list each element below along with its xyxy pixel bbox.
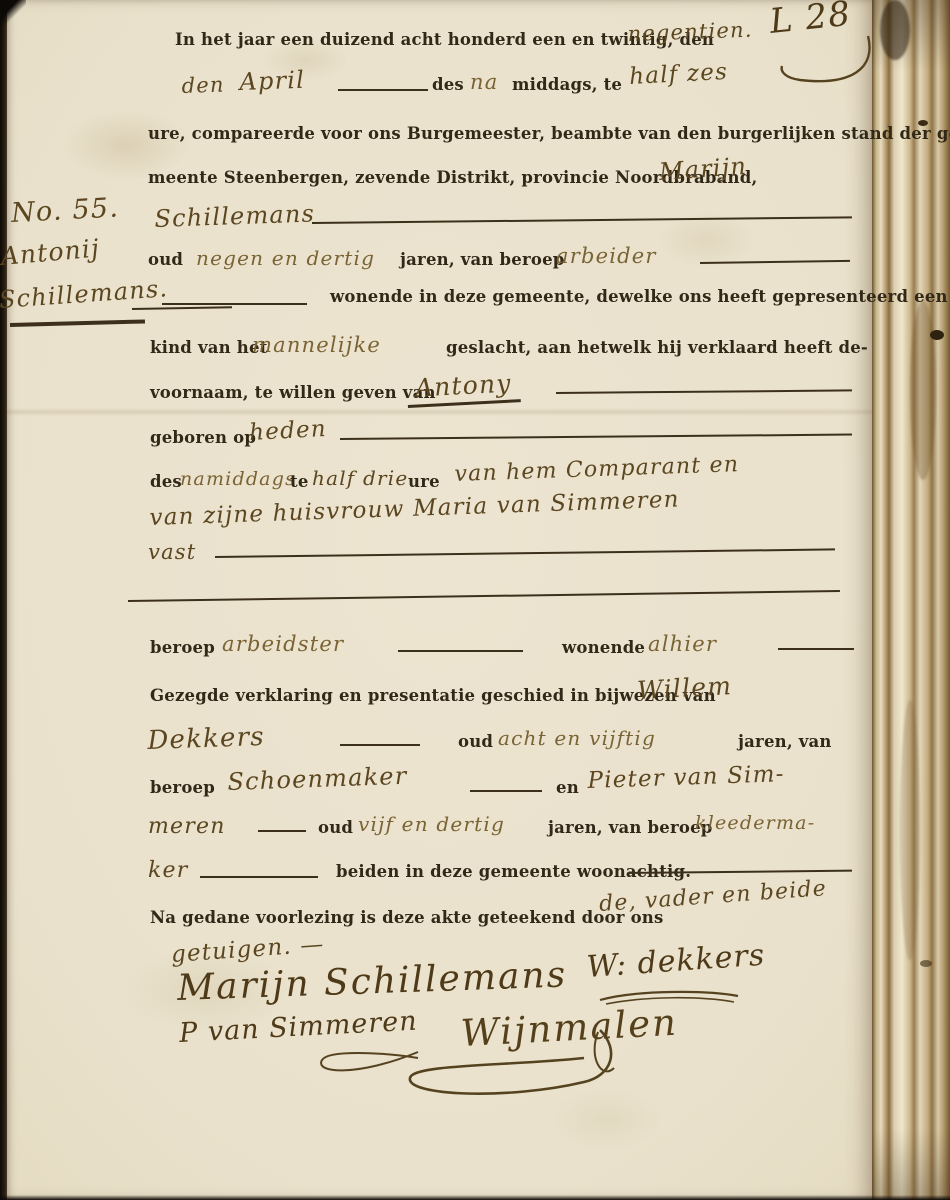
form-text-beroep2: beroep: [150, 638, 215, 657]
form-text-kind: kind van het: [150, 338, 268, 357]
signature-official-flourish: [388, 1028, 648, 1118]
rule-before-wonende: [162, 303, 307, 305]
entry-child-gender: mannelijke: [252, 333, 381, 357]
folio-underline-flourish: [756, 28, 886, 98]
entry-day: negentien.: [627, 18, 753, 46]
rule-after-residence: [778, 648, 854, 650]
entry-child-name: Antony: [406, 368, 520, 408]
ink-mark-on-edge: [920, 960, 932, 967]
form-text-ure-compareerde: ure, compareerde voor ons Burgemeester, …: [148, 124, 950, 143]
form-text-en: en: [556, 778, 579, 797]
form-text-gezegde: Gezegde verklaring en presentatie geschi…: [150, 686, 716, 705]
form-text-wonende2: wonende: [562, 638, 645, 657]
rule-after-month: [338, 89, 428, 91]
entry-birth-date: heden: [249, 416, 328, 446]
rule-after-mother-occupation: [398, 650, 523, 652]
photo-corner-dark: [0, 0, 26, 26]
form-text-beroep3: beroep: [150, 778, 215, 797]
entry-witness2-age: vijf en dertig: [358, 812, 505, 836]
form-text-oud3: oud: [318, 818, 353, 837]
act-number: No. 55.: [10, 192, 119, 229]
form-text-geboren: geboren op: [150, 428, 256, 447]
photo-left-edge: [0, 0, 7, 1200]
form-text-jaren-beroep2: jaren, van beroep: [548, 818, 713, 837]
entry-witness1-surname: Dekkers: [147, 722, 265, 756]
entry-father-occupation: arbeider: [556, 244, 657, 268]
book-page-edges: [872, 0, 950, 1200]
entry-father-surname: Schillemans: [154, 199, 316, 233]
page-edge-stain: [910, 300, 936, 480]
entry-witness2-occupation: kleederma-: [695, 812, 815, 834]
entry-month: April: [239, 66, 305, 96]
entry-birth-dagdeel: namiddags: [180, 468, 296, 490]
rule-after-witness1: [340, 744, 420, 746]
form-text-te: te: [290, 472, 309, 491]
entry-witness2-occupation2: ker: [148, 858, 188, 883]
form-text-jaren-beroep: jaren, van beroep: [400, 250, 565, 269]
rule-after-w1-occupation: [470, 790, 542, 792]
form-text-des: des: [432, 75, 464, 94]
rule-after-witness2: [258, 830, 306, 832]
form-text-voorlezing: Na gedane voorlezing is deze akte geteek…: [150, 908, 663, 927]
form-text-jaren-van: jaren, van: [738, 732, 832, 751]
form-text-ure2: ure: [408, 472, 440, 491]
page-edge-stain: [900, 700, 920, 960]
ink-mark-on-edge: [930, 330, 944, 340]
entry-birth-time: half drie: [312, 466, 408, 490]
photo-bottom-edge: [0, 1195, 950, 1200]
photo-frame: L 28 No. 55. Antonij Schillemans. In het…: [0, 0, 950, 1200]
form-text-geslacht: geslacht, aan hetwelk hij verklaard heef…: [446, 338, 868, 357]
form-text-oud2: oud: [458, 732, 493, 751]
rule-after-ker: [200, 876, 318, 878]
entry-na: na: [470, 70, 498, 94]
entry-mother-residence: alhier: [648, 632, 717, 656]
form-text-middags: middags, te: [512, 75, 622, 94]
entry-father-age: negen en dertig: [196, 246, 375, 270]
form-text-wonende-gemeente: wonende in deze gemeente, dewelke ons he…: [330, 287, 948, 306]
entry-vast: vast: [148, 540, 196, 564]
form-text-voornaam: voornaam, te willen geven van: [150, 383, 436, 402]
paper-fold-shadow: [6, 408, 872, 416]
form-text-oud: oud: [148, 250, 183, 269]
scanned-birth-record-photo: { "page": { "folio_number": "L 28", "act…: [0, 0, 950, 1200]
form-text-des2: des: [150, 472, 182, 491]
entry-time: half zes: [629, 59, 729, 90]
entry-mother-occupation: arbeidster: [222, 632, 344, 656]
entry-witness2-name2: meren: [148, 814, 226, 839]
entry-den: den: [181, 73, 225, 98]
entry-witness1-firstname: Willem: [636, 671, 732, 705]
entry-witness1-age: acht en vijftig: [498, 726, 656, 750]
